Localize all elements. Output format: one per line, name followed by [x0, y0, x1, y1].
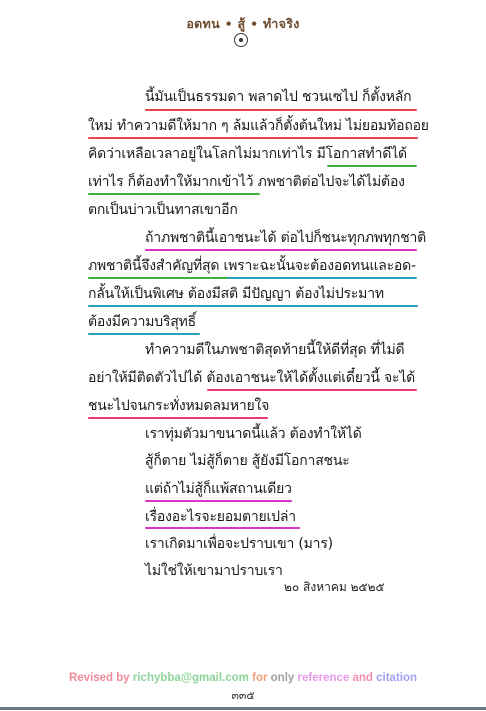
footer-segment: Revised by: [69, 672, 133, 684]
text-line: ไม่ใช่ให้เขามาปราบเรา: [145, 561, 283, 581]
text-line: นี้มันเป็นธรรมดา พลาดไป ชวนเซไป ก็ตั้งหล…: [145, 87, 411, 107]
text-line: อย่าให้มีติดตัวไปได้ ต้องเอาชนะให้ได้ตั้…: [88, 368, 415, 388]
footer-segment: richybba@gmail.com: [133, 672, 249, 684]
underline-mark: [145, 500, 292, 502]
footer-credit: Revised by richybba@gmail.com for only r…: [0, 672, 486, 684]
circle-dot-icon: [234, 33, 248, 47]
text-line: เรื่องอะไรจะยอมตายเปล่า: [145, 507, 296, 527]
underline-mark: [207, 389, 417, 391]
text-line: ตกเป็นบ่าวเป็นทาสเขาอีก: [88, 200, 238, 220]
bottom-rule: [0, 707, 486, 710]
text-line: ภพชาตินี้จึงสำคัญที่สุด เพราะฉะนั้นจะต้อ…: [88, 256, 416, 276]
underline-mark: [88, 277, 228, 279]
underline-mark: [88, 417, 268, 419]
underline-mark: [327, 165, 417, 167]
footer-segment: citation: [376, 672, 417, 684]
underline-mark: [145, 109, 417, 111]
page-number: ๓๓๕: [0, 686, 486, 704]
date-signature: ๒๐ สิงหาคม ๒๕๒๕: [284, 578, 385, 597]
underline-mark: [88, 193, 260, 195]
page-header-title: อดทน • สู้ • ทำจริง: [0, 14, 486, 34]
footer-segment: reference: [298, 672, 353, 684]
footer-segment: only: [271, 672, 298, 684]
text-line: สู้ก็ตาย ไม่สู้ก็ตาย สู้ยังมีโอกาสชนะ: [145, 451, 350, 471]
text-line: กลั้นให้เป็นพิเศษ ต้องมีสติ มีปัญญา ต้อง…: [88, 284, 384, 304]
underline-mark: [145, 249, 417, 251]
text-line: ต้องมีความบริสุทธิ์: [88, 312, 196, 332]
underline-mark: [145, 527, 300, 529]
underline-mark: [227, 277, 417, 279]
text-line: ทำความดีในภพชาติสุดท้ายนี้ให้ดีที่สุด ที…: [145, 340, 404, 360]
underline-mark: [88, 137, 418, 139]
text-line: ใหม่ ทำความดีให้มาก ๆ ล้มแล้วก็ตั้งต้นให…: [88, 116, 429, 136]
footer-segment: and: [352, 672, 376, 684]
underline-mark: [88, 305, 418, 307]
footer-segment: for: [249, 672, 271, 684]
text-line: คิดว่าเหลือเวลาอยู่ในโลกไม่มากเท่าไร มีโ…: [88, 144, 407, 164]
underline-mark: [88, 333, 200, 335]
text-line: แต่ถ้าไม่สู้ก็แพ้สถานเดียว: [145, 479, 292, 499]
text-line: เราเกิดมาเพื่อจะปราบเขา (มาร): [145, 534, 333, 554]
text-line: เราทุ่มตัวมาขนาดนี้แล้ว ต้องทำให้ได้: [145, 424, 362, 444]
text-line: เท่าไร ก็ต้องทำให้มากเข้าไว้ ภพชาติต่อไป…: [88, 172, 405, 192]
text-line: ชนะไปจนกระทั่งหมดลมหายใจ: [88, 396, 269, 416]
text-line: ถ้าภพชาตินี้เอาชนะได้ ต่อไปก็ชนะทุกภพทุก…: [145, 228, 426, 248]
